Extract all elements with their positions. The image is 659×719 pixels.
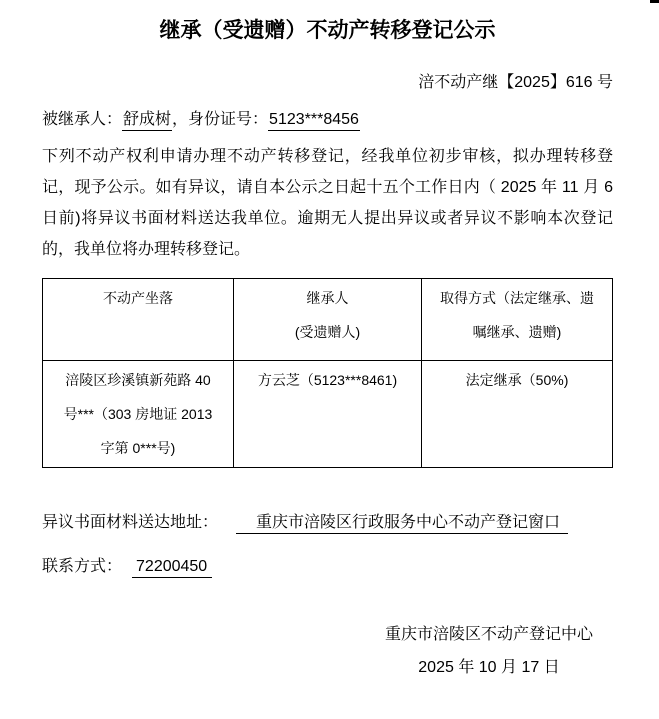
header-acquisition-label-line2: 嘱继承、遗赠) (428, 315, 606, 349)
decedent-line: 被继承人：舒成树，身份证号：5123***8456 (42, 110, 613, 130)
document-title: 继承（受遗赠）不动产转移登记公示 (42, 20, 613, 42)
table-data-row: 涪陵区珍溪镇新苑路 40 号***（303 房地证 2013 字第 0***号)… (43, 361, 613, 468)
contact-line: 联系方式：72200450 (42, 558, 613, 576)
contact-phone-value: 72200450 (132, 558, 212, 578)
property-location-line1: 涪陵区珍溪镇新苑路 40 (49, 363, 227, 397)
heir-name-value: 方云芝（5123***8461) (240, 363, 415, 397)
decedent-id-label: ，身份证号： (172, 111, 268, 128)
decedent-label: 被继承人： (42, 111, 122, 128)
delivery-address-value: 重庆市涪陵区行政服务中心不动产登记窗口 (236, 514, 568, 534)
document-number: 涪不动产继【2025】616 号 (42, 74, 613, 91)
notice-document-page: 继承（受遗赠）不动产转移登记公示 涪不动产继【2025】616 号 被继承人：舒… (0, 0, 659, 719)
contact-label: 联系方式： (42, 558, 122, 575)
property-location-line3: 字第 0***号) (49, 431, 227, 465)
signature-block: 重庆市涪陵区不动产登记中心 2025 年 10 月 17 日 (385, 625, 593, 678)
issue-date: 2025 年 10 月 17 日 (385, 658, 593, 678)
registry-table: 不动产坐落 继承人 (受遗赠人) 取得方式（法定继承、遗 嘱继承、遗赠) 涪陵区… (42, 278, 613, 468)
delivery-address-line: 异议书面材料送达地址：重庆市涪陵区行政服务中心不动产登记窗口 (42, 514, 613, 532)
cell-property-location: 涪陵区珍溪镇新苑路 40 号***（303 房地证 2013 字第 0***号) (43, 361, 234, 468)
header-acquisition-label-line1: 取得方式（法定继承、遗 (428, 281, 606, 315)
header-location-label: 不动产坐落 (49, 281, 227, 315)
notice-paragraph: 下列不动产权利申请办理不动产转移登记，经我单位初步审核，拟办理转移登记，现予公示… (42, 141, 613, 265)
header-heir-label-line1: 继承人 (240, 281, 415, 315)
delivery-address-label: 异议书面材料送达地址： (42, 514, 218, 531)
cell-heir-name: 方云芝（5123***8461) (233, 361, 421, 468)
table-header-row: 不动产坐落 继承人 (受遗赠人) 取得方式（法定继承、遗 嘱继承、遗赠) (43, 279, 613, 361)
decedent-id-number: 5123***8456 (268, 111, 360, 131)
issuing-organization: 重庆市涪陵区不动产登记中心 (385, 625, 593, 645)
header-cell-heir: 继承人 (受遗赠人) (233, 279, 421, 361)
property-location-line2: 号***（303 房地证 2013 (49, 397, 227, 431)
header-cell-location: 不动产坐落 (43, 279, 234, 361)
header-cell-acquisition: 取得方式（法定继承、遗 嘱继承、遗赠) (422, 279, 613, 361)
decedent-name: 舒成树 (122, 111, 172, 131)
header-heir-label-line2: (受遗赠人) (240, 315, 415, 349)
acquisition-method-value: 法定继承（50%) (428, 363, 606, 397)
cell-acquisition-method: 法定继承（50%) (422, 361, 613, 468)
